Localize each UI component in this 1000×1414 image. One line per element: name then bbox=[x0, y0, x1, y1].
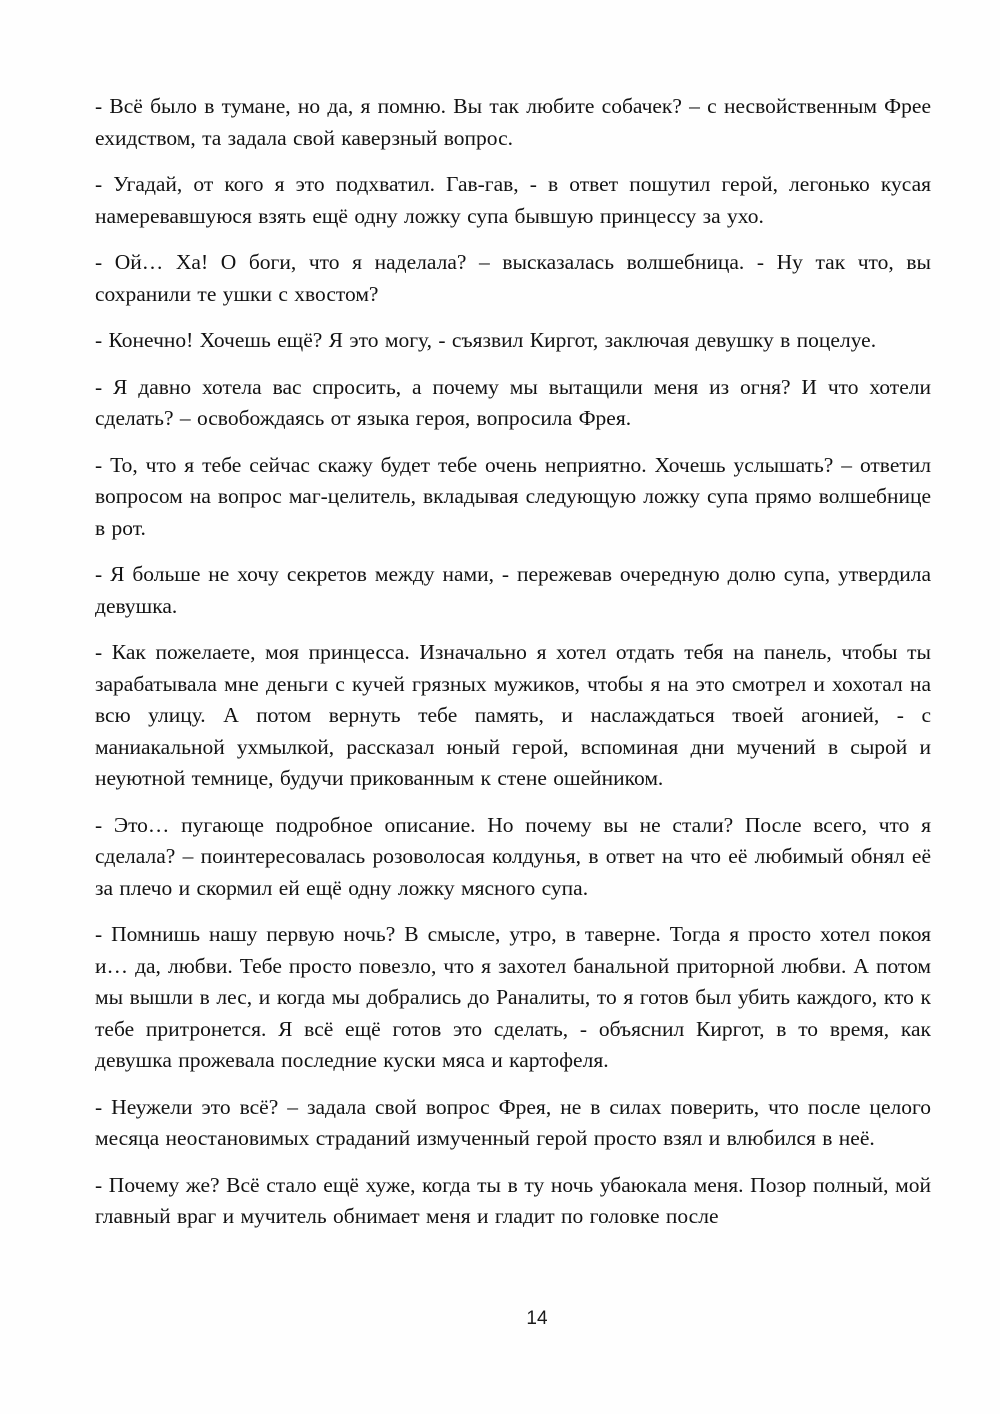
paragraph: - Помнишь нашу первую ночь? В смысле, ут… bbox=[95, 919, 931, 1077]
document-page: - Всё было в тумане, но да, я помню. Вы … bbox=[0, 0, 1000, 1414]
paragraph: - Ой… Ха! О боги, что я наделала? – выск… bbox=[95, 247, 931, 310]
paragraph: - Я больше не хочу секретов между нами, … bbox=[95, 559, 931, 622]
paragraph: - То, что я тебе сейчас скажу будет тебе… bbox=[95, 450, 931, 545]
paragraph: - Всё было в тумане, но да, я помню. Вы … bbox=[95, 91, 931, 154]
paragraph: - Конечно! Хочешь ещё? Я это могу, - съя… bbox=[95, 325, 931, 357]
paragraph: - Угадай, от кого я это подхватил. Гав-г… bbox=[95, 169, 931, 232]
paragraph: - Я давно хотела вас спросить, а почему … bbox=[95, 372, 931, 435]
paragraph: - Как пожелаете, моя принцесса. Изначаль… bbox=[95, 637, 931, 795]
text-block: - Всё было в тумане, но да, я помню. Вы … bbox=[95, 91, 931, 1233]
paragraph: - Почему же? Всё стало ещё хуже, когда т… bbox=[95, 1170, 931, 1233]
page-number: 14 bbox=[526, 1308, 547, 1330]
paragraph: - Это… пугающе подробное описание. Но по… bbox=[95, 810, 931, 905]
paragraph: - Неужели это всё? – задала свой вопрос … bbox=[95, 1092, 931, 1155]
